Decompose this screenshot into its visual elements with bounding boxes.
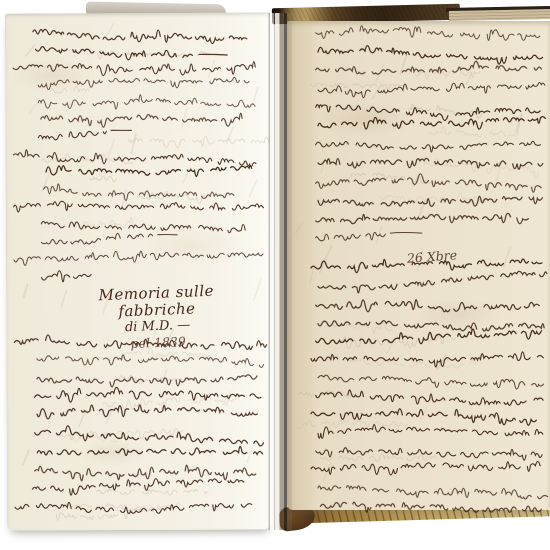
right-page-handwriting xyxy=(287,21,550,510)
book-gutter xyxy=(266,13,292,530)
left-page: Memoria sulle fabbriche di M.D. — pel 18… xyxy=(5,12,273,530)
manuscript-book: Memoria sulle fabbriche di M.D. — pel 18… xyxy=(0,0,550,550)
photo-background: { "photo": { "background_color": "#fffff… xyxy=(0,0,550,550)
book-top-page-edges xyxy=(449,9,550,21)
right-page: 26 Xbre xyxy=(287,21,550,510)
left-page-heading-block: Memoria sulle fabbriche di M.D. — pel 18… xyxy=(61,281,253,353)
left-page-handwriting xyxy=(5,12,273,530)
